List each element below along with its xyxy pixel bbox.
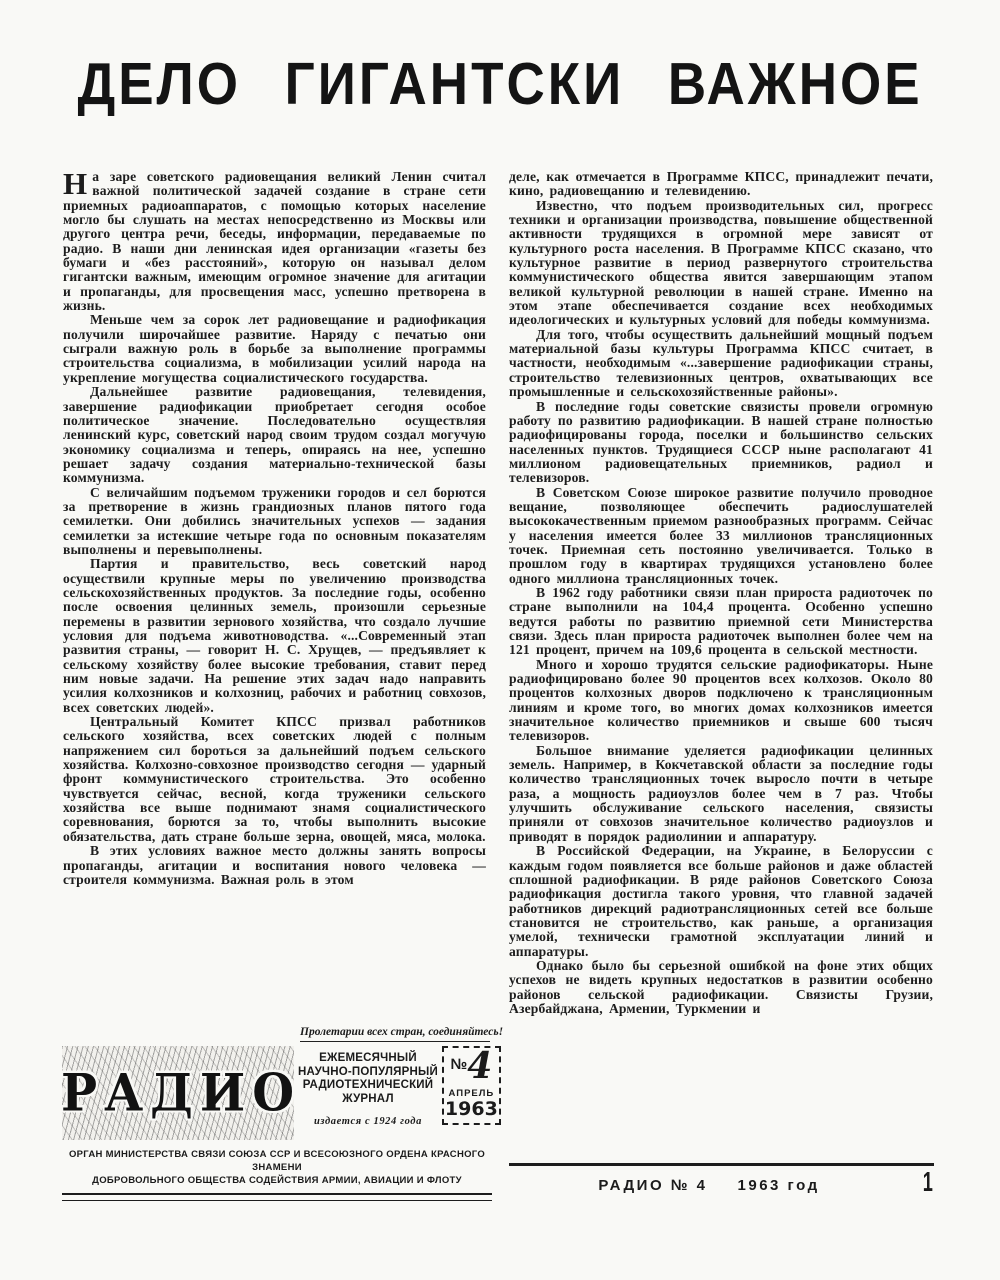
right-column: деле, как отмечается в Программе КПСС, п… [509,170,933,1016]
drop-cap: Н [63,170,92,197]
paragraph: На заре советского радиовещания великий … [63,170,486,313]
paragraph: Меньше чем за сорок лет радиовещание и р… [63,313,486,385]
footer-rule [509,1163,934,1166]
issue-year: 1963 [445,1099,498,1120]
issue-number-value: 4 [467,1045,492,1087]
issue-number: №4 [445,1050,498,1089]
paragraph: Для того, чтобы осуществить дальнейший м… [509,328,933,400]
paragraph: деле, как отмечается в Программе КПСС, п… [509,170,933,199]
subtitle-line: ЖУРНАЛ [298,1093,438,1107]
paragraph: Много и хорошо трудятся сельские радиофи… [509,658,933,744]
page-title: ДЕЛО ГИГАНТСКИ ВАЖНОЕ [0,50,1000,118]
footer-journal: РАДИО № 4 [598,1177,707,1194]
subtitle-line: НАУЧНО-ПОПУЛЯРНЫЙ [298,1066,438,1080]
double-rule [62,1193,492,1201]
paragraph: Дальнейшее развитие радиовещания, телеви… [63,385,486,485]
organ-line: ДОБРОВОЛЬНОГО ОБЩЕСТВА СОДЕЙСТВИЯ АРМИИ,… [62,1174,492,1187]
masthead-row: РАДИО ЕЖЕМЕСЯЧНЫЙ НАУЧНО-ПОПУЛЯРНЫЙ РАДИ… [62,1046,492,1140]
footer-year: 1963 год [738,1177,820,1194]
paragraph: В Советском Союзе широкое развитие получ… [509,486,933,586]
footer-journal-line: РАДИО № 41963 год [509,1177,909,1194]
paragraph: В 1962 году работники связи план прирост… [509,586,933,658]
journal-subtitle-block: ЕЖЕМЕСЯЧНЫЙ НАУЧНО-ПОПУЛЯРНЫЙ РАДИОТЕХНИ… [294,1046,442,1140]
paragraph: Известно, что подъем производительных си… [509,199,933,328]
radio-logo-text: РАДИО [55,1063,301,1123]
issue-box: №4 АПРЕЛЬ 1963 [442,1046,501,1125]
journal-subtitle: ЕЖЕМЕСЯЧНЫЙ НАУЧНО-ПОПУЛЯРНЫЙ РАДИОТЕХНИ… [298,1052,438,1106]
organ-lines: ОРГАН МИНИСТЕРСТВА СВЯЗИ СОЮЗА ССР И ВСЕ… [62,1148,492,1187]
paragraph-text: а заре советского радиовещания великий Л… [63,169,486,313]
paragraph: Однако было бы серьезной ошибкой на фоне… [509,959,933,1016]
proletarians-slogan: Пролетарии всех стран, соединяйтесь! [300,1026,490,1042]
magazine-page: ДЕЛО ГИГАНТСКИ ВАЖНОЕ На заре советского… [0,0,1000,1280]
subtitle-line: РАДИОТЕХНИЧЕСКИЙ [298,1079,438,1093]
masthead: РАДИО ЕЖЕМЕСЯЧНЫЙ НАУЧНО-ПОПУЛЯРНЫЙ РАДИ… [62,1046,492,1201]
paragraph: В этих условиях важное место должны заня… [63,844,486,887]
page-number: 1 [923,1166,933,1198]
paragraph: В Российской Федерации, на Украине, в Бе… [509,844,933,959]
subtitle-line: ЕЖЕМЕСЯЧНЫЙ [298,1052,438,1066]
since-note: издается с 1924 года [314,1116,422,1127]
paragraph: В последние годы советские связисты пров… [509,400,933,486]
paragraph: Большое внимание уделяется радиофикации … [509,744,933,844]
left-column: На заре советского радиовещания великий … [63,170,486,887]
radio-logo: РАДИО [62,1046,294,1140]
organ-line: ОРГАН МИНИСТЕРСТВА СВЯЗИ СОЮЗА ССР И ВСЕ… [62,1148,492,1174]
numero-sign: № [450,1056,467,1073]
paragraph: Партия и правительство, весь советский н… [63,557,486,715]
paragraph: Центральный Комитет КПСС призвал работни… [63,715,486,844]
paragraph: С величайшим подъемом труженики городов … [63,486,486,558]
